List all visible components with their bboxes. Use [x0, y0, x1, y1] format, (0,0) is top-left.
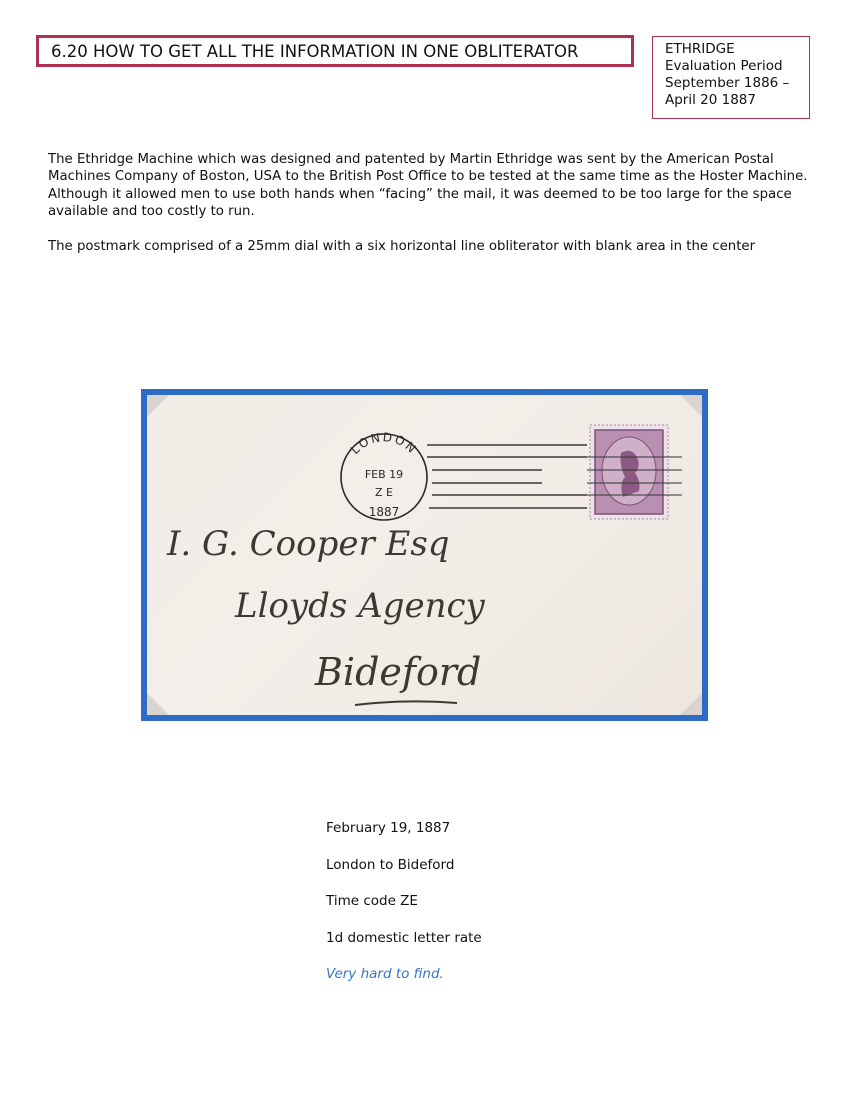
postmark-town: LONDON: [348, 430, 420, 457]
postmark-time-code: Z E: [375, 486, 393, 499]
intro-paragraph: The Ethridge Machine which was designed …: [48, 151, 818, 221]
address-line-addressee: I. G. Cooper Esq: [166, 524, 450, 564]
intro-paragraph: The postmark comprised of a 25mm dial wi…: [48, 238, 818, 255]
postmark-year: 1887: [369, 505, 400, 519]
svg-text:LONDON: LONDON: [348, 430, 420, 457]
caption-time-code: Time code ZE: [326, 893, 482, 930]
caption-rate: 1d domestic letter rate: [326, 930, 482, 967]
caption-route: London to Bideford: [326, 857, 482, 894]
postmark-dial: LONDON FEB 19 Z E 1887: [341, 430, 427, 520]
side-box-line: September 1886 –: [665, 75, 809, 92]
page-title-box: 6.20 HOW TO GET ALL THE INFORMATION IN O…: [36, 35, 634, 67]
postmark-date: FEB 19: [365, 468, 403, 481]
evaluation-period-box: ETHRIDGE Evaluation Period September 188…: [652, 36, 810, 119]
cover-caption: February 19, 1887 London to Bideford Tim…: [326, 820, 482, 1003]
side-box-line: April 20 1887: [665, 92, 809, 109]
caption-date: February 19, 1887: [326, 820, 482, 857]
side-box-line: Evaluation Period: [665, 58, 809, 75]
side-box-line: ETHRIDGE: [665, 41, 809, 58]
intro-text: The Ethridge Machine which was designed …: [48, 151, 818, 272]
page-title: 6.20 HOW TO GET ALL THE INFORMATION IN O…: [51, 42, 578, 61]
address-line-town: Bideford: [314, 650, 481, 694]
obliterator-lines: [427, 445, 587, 508]
envelope-cover: LONDON FEB 19 Z E 1887: [147, 395, 702, 715]
penny-lilac-stamp: [587, 425, 682, 519]
address-underline: [355, 701, 457, 705]
cover-artwork: LONDON FEB 19 Z E 1887: [147, 395, 702, 715]
caption-rarity-note: Very hard to find.: [326, 966, 482, 1003]
cover-frame: LONDON FEB 19 Z E 1887: [141, 389, 708, 721]
address-line-agency: Lloyds Agency: [234, 586, 486, 626]
